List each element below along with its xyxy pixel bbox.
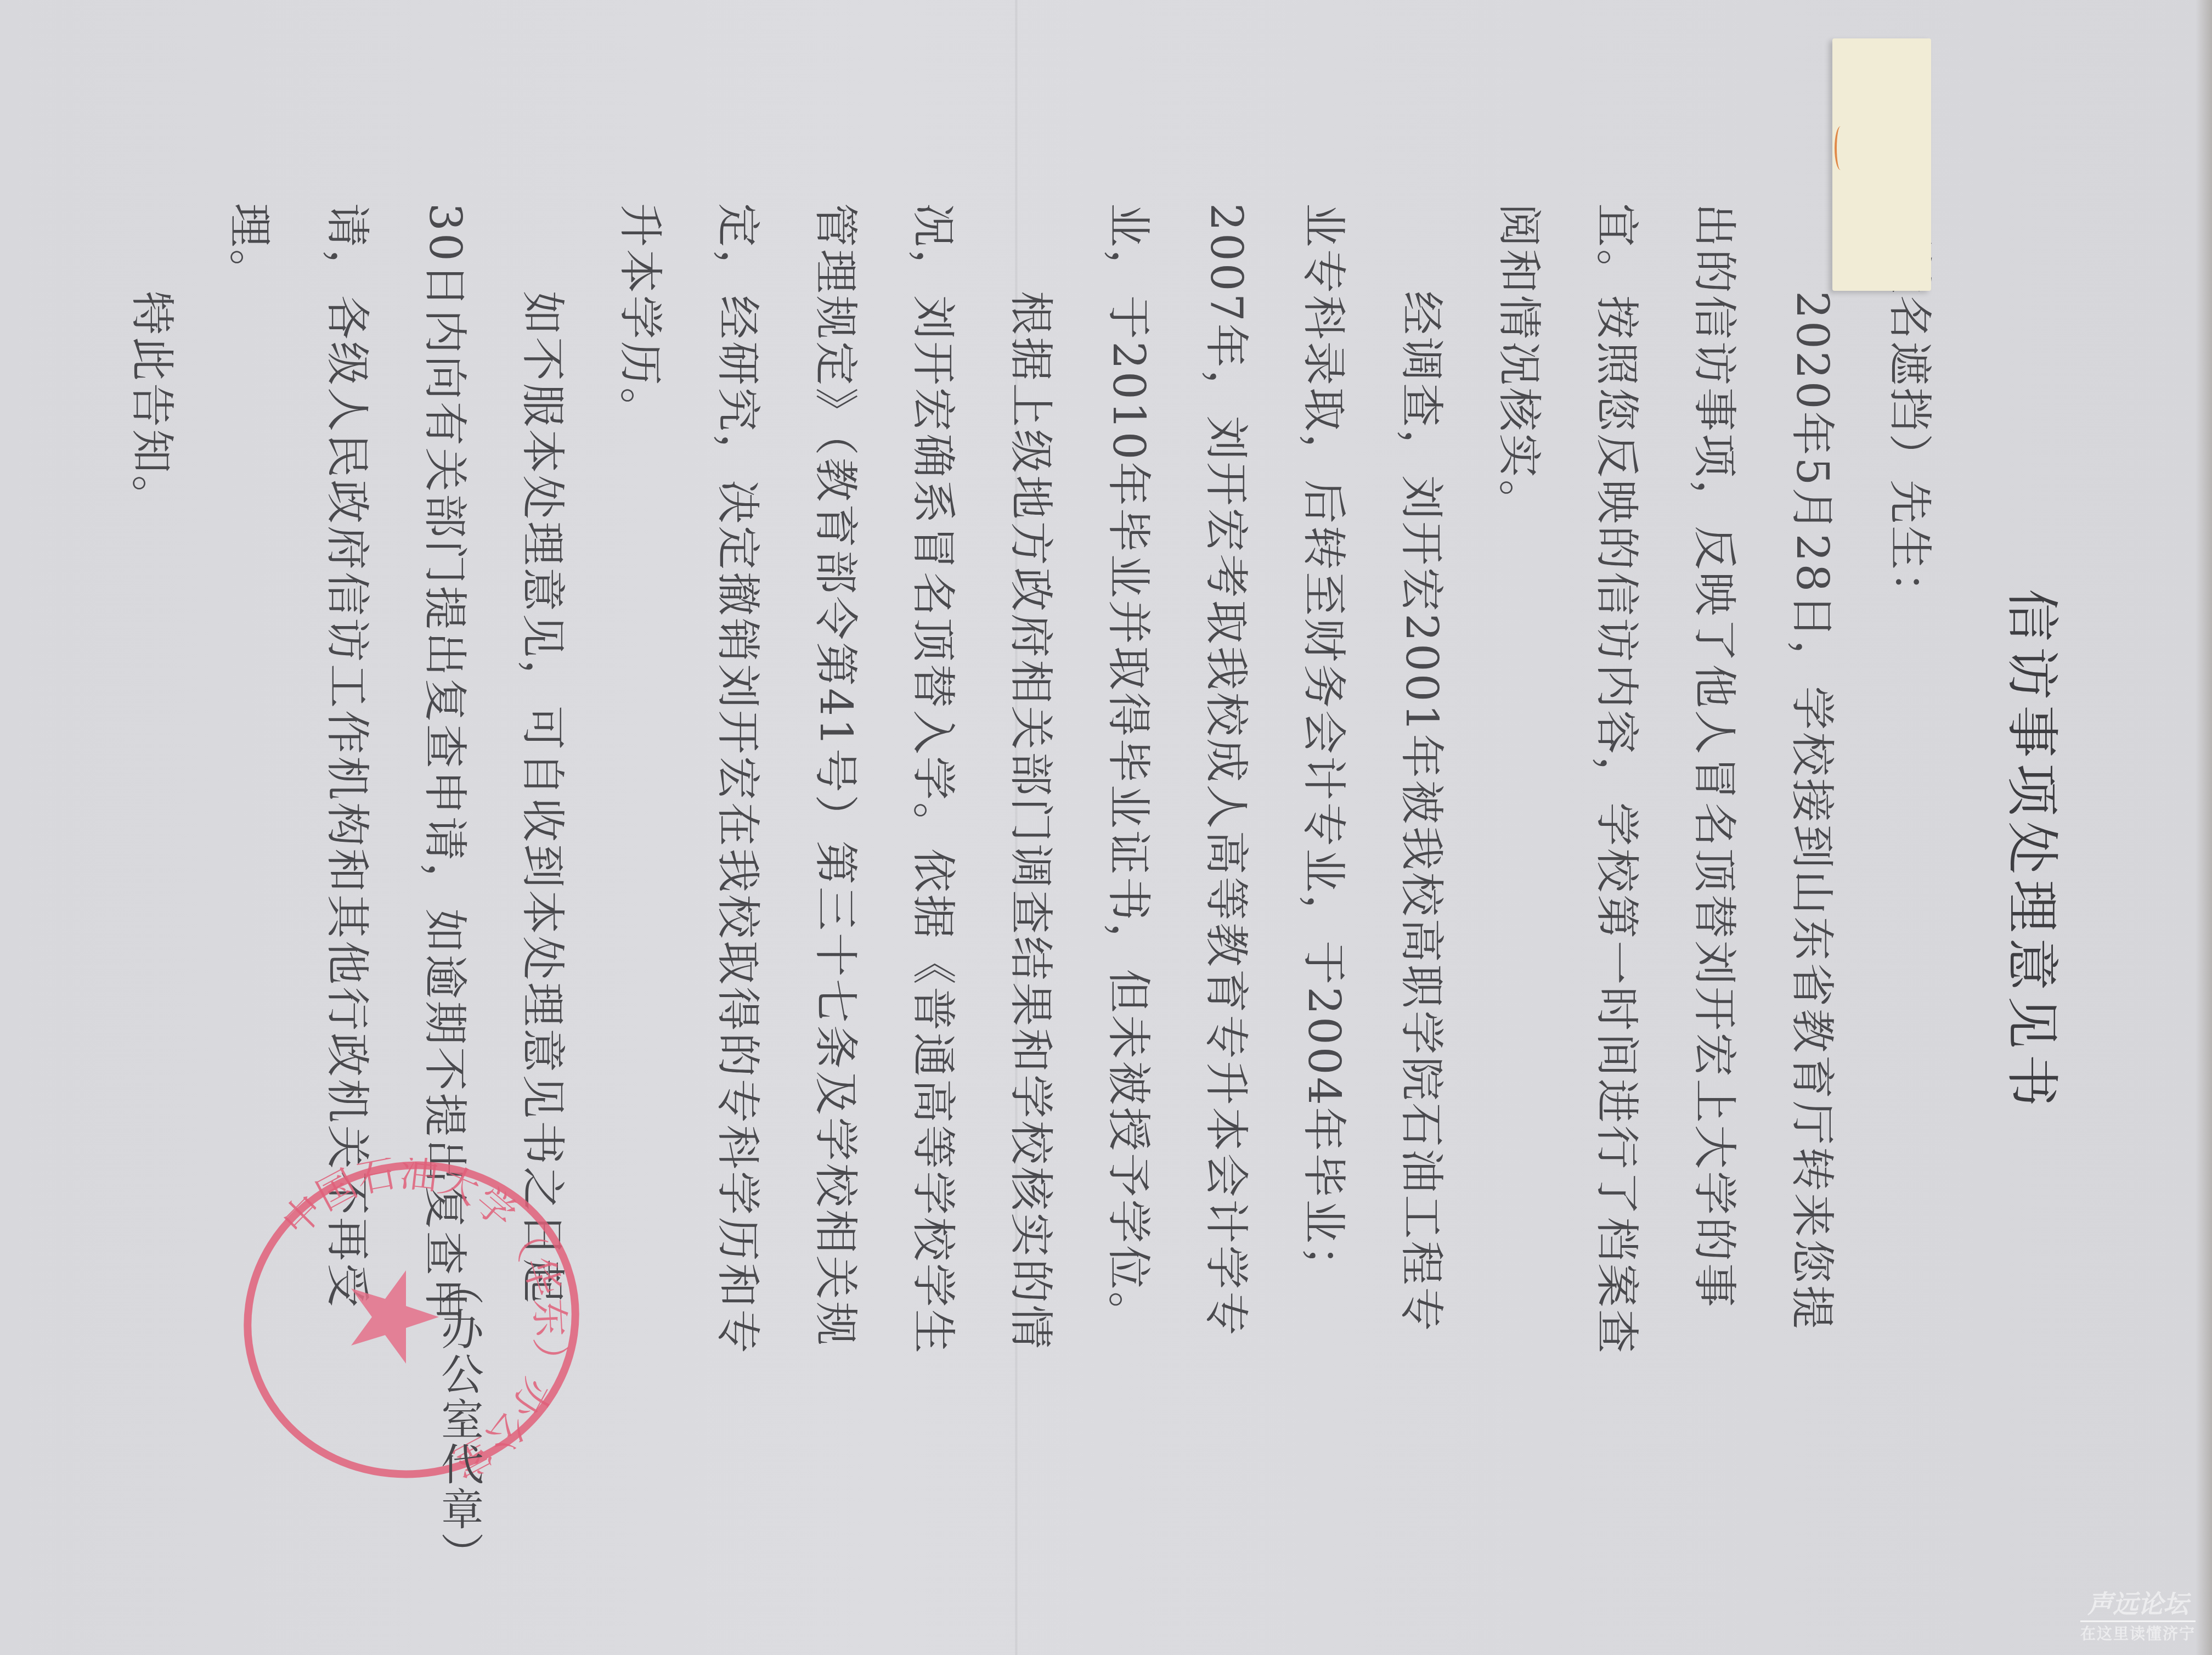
salutation: （姓名遮挡）先生： bbox=[1861, 203, 1959, 1355]
watermark-title: 声远论坛 bbox=[2080, 1584, 2196, 1622]
document-title: 信访事项处理意见书 bbox=[1999, 137, 2074, 1564]
closing: 特此告知。 bbox=[103, 203, 201, 1355]
paragraph-receipt: 2020年5月28日，学校接到山东省教育厅转来您提出的信访事项，反映了他人冒名顶… bbox=[1470, 203, 1861, 1355]
paragraph-decision: 根据上级地方政府相关部门调查结果和学校核实的情况，刘开宏确系冒名顶替入学。依据《… bbox=[591, 203, 1080, 1355]
watermark-subtitle: 在这里读懂济宁 bbox=[2080, 1622, 2196, 1644]
paper-edge-shadow bbox=[2196, 0, 2212, 1655]
official-seal-icon: 中国石油大学（华东）办公室 bbox=[230, 1158, 582, 1482]
seal-overlay-text: （办公室代章） bbox=[428, 1262, 489, 1577]
orange-mark-icon bbox=[1835, 126, 1847, 170]
forum-watermark: 声远论坛 在这里读懂济宁 bbox=[2080, 1584, 2196, 1644]
paragraph-investigation: 经调查，刘开宏2001年被我校高职学院石油工程专业专科录取，后转至财务会计专业，… bbox=[1080, 203, 1470, 1355]
sticky-note-redaction bbox=[1832, 38, 1931, 291]
